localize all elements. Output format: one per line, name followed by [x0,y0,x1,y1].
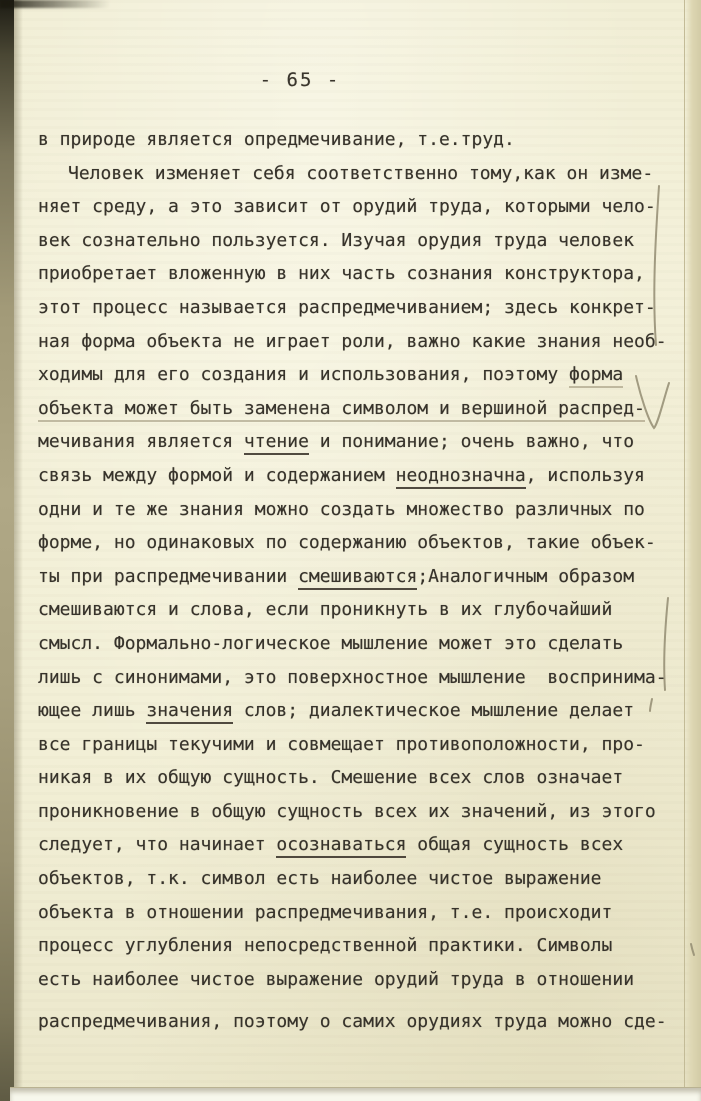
text-line: ющее лишь значения слов; диалектическое … [38,694,698,728]
text-segment: приобретает вложенную в них часть сознан… [38,263,645,284]
underlined-text-segment: объекта может быть заменена символом и в… [38,398,645,422]
text-segment: смысл. Формально-логическое мышление мож… [38,633,623,654]
text-segment: объекта в отношении распредмечивания, т.… [38,902,612,923]
text-line: объектов, т.к. символ есть наиболее чист… [38,862,698,896]
underlined-text-segment: осознаваться [276,834,406,858]
text-segment: объектов, т.к. символ есть наиболее чист… [38,868,602,889]
top-scan-edge-shadow [0,0,110,8]
text-segment: следует, что начинает [38,834,276,855]
text-segment: никая в их общую сущность. Смешение всех… [38,767,623,788]
text-line: распредмечивания, поэтому о самих орудия… [38,1005,698,1039]
scanned-typewritten-page: - 65 - в природе является опредмечивание… [0,0,701,1101]
underlined-text-segment: значения [146,700,233,724]
bottom-page-edge [10,1087,701,1101]
text-segment: и понимание; очень важно, что [309,431,634,452]
text-line: лишь с синонимами, это поверхностное мыш… [38,661,698,695]
text-line: следует, что начинает осознаваться общая… [38,828,698,862]
text-line: ходимы для его создания и использования,… [38,358,698,392]
text-line: форме, но одинаковых по содержанию объек… [38,526,698,560]
text-segment: все границы текучими и совмещает противо… [38,734,645,755]
text-line: мечивания является чтение и понимание; о… [38,425,698,459]
text-line: связь между формой и содержанием неодноз… [38,459,698,493]
text-segment: ная форма объекта не играет роли, важно … [38,331,667,352]
text-line: объекта может быть заменена символом и в… [38,392,698,426]
underlined-text-segment: чтение [244,431,309,455]
text-segment: ;Аналогичным образом [417,566,634,587]
typewritten-text-block: в природе является опредмечивание, т.е.т… [38,123,698,1039]
text-segment: одни и те же знания можно создать множес… [38,499,645,520]
text-segment: общая сущность всех [406,834,623,855]
page-number: - 65 - [230,69,370,91]
text-line: никая в их общую сущность. Смешение всех… [38,761,698,795]
text-segment: лишь с синонимами, это поверхностное мыш… [38,667,667,688]
text-segment: , используя [526,465,645,486]
text-line: есть наиболее чистое выражение орудий тр… [38,963,698,997]
text-line: процесс углубления непосредственной прак… [38,929,698,963]
text-segment: мечивания является [38,431,244,452]
left-scan-edge-shadow [14,0,23,1101]
text-line: Человек изменяет себя соответственно том… [38,157,698,191]
underlined-text-segment: неоднозначна [396,465,526,489]
text-segment: ющее лишь [38,700,146,721]
underlined-text-segment: смешиваются [298,566,417,590]
text-line: смысл. Формально-логическое мышление мож… [38,627,698,661]
text-line: в природе является опредмечивание, т.е.т… [38,123,698,157]
text-segment: в природе является опредмечивание, т.е.т… [38,129,515,150]
text-segment: слов; диалектическое мышление делает [233,700,634,721]
text-segment: процесс углубления непосредственной прак… [38,935,612,956]
text-line: смешиваются и слова, если проникнуть в и… [38,593,698,627]
text-line: проникновение в общую сущность всех их з… [38,795,698,829]
text-segment: ходимы для его создания и использования,… [38,364,569,385]
text-segment: век сознательно пользуется. Изучая оруди… [38,230,634,251]
text-line: няет среду, а это зависит от орудий труд… [38,190,698,224]
text-line: ная форма объекта не играет роли, важно … [38,325,698,359]
text-line: приобретает вложенную в них часть сознан… [38,257,698,291]
text-segment: проникновение в общую сущность всех их з… [38,801,656,822]
left-scan-edge [0,0,14,1101]
text-segment: есть наиболее чистое выражение орудий тр… [38,969,634,990]
text-line: объекта в отношении распредмечивания, т.… [38,896,698,930]
text-segment: Человек изменяет себя соответственно том… [68,163,653,184]
text-segment: форме, но одинаковых по содержанию объек… [38,532,656,553]
text-line: век сознательно пользуется. Изучая оруди… [38,224,698,258]
text-line: этот процесс называется распредмечивание… [38,291,698,325]
text-segment: смешиваются и слова, если проникнуть в и… [38,599,612,620]
text-line: ты при распредмечивании смешиваются;Анал… [38,560,698,594]
text-segment: ты при распредмечивании [38,566,298,587]
text-line: все границы текучими и совмещает противо… [38,728,698,762]
text-line: одни и те же знания можно создать множес… [38,493,698,527]
text-segment: няет среду, а это зависит от орудий труд… [38,196,656,217]
text-segment: распредмечивания, поэтому о самих орудия… [38,1011,667,1032]
underlined-text-segment: форма [569,364,623,388]
text-segment: этот процесс называется распредмечивание… [38,297,656,318]
text-segment: связь между формой и содержанием [38,465,396,486]
